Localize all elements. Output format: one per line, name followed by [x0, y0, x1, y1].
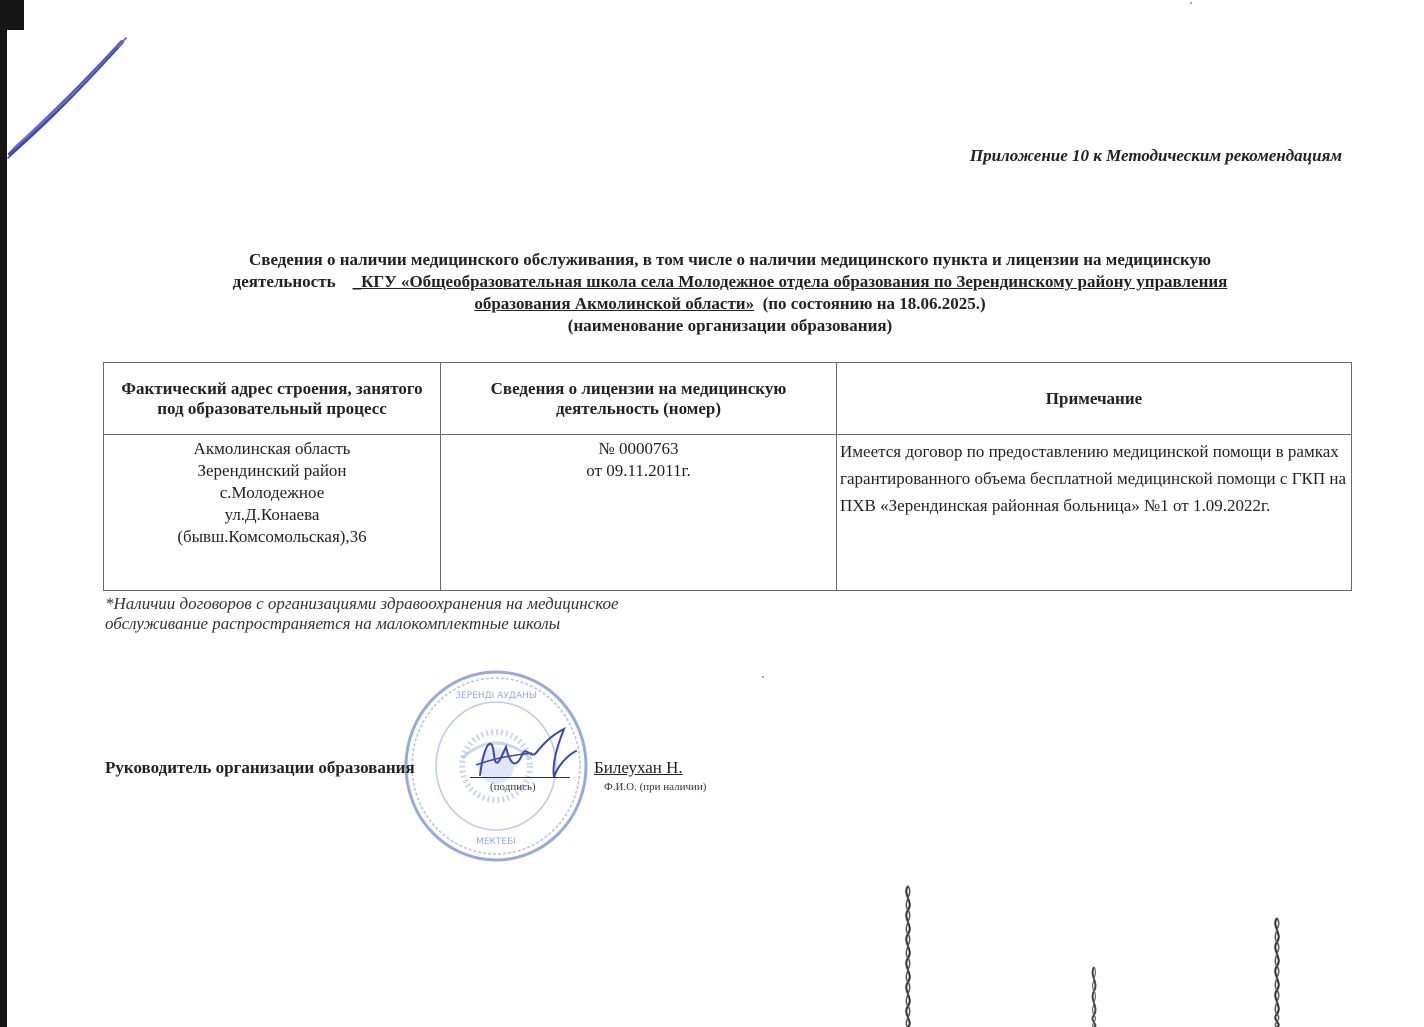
- footnote-line-2: обслуживание распространяется на малоком…: [105, 614, 619, 634]
- address-line: Зерендинский район: [105, 460, 439, 482]
- address-line: Акмолинская область: [105, 438, 439, 460]
- address-line: ул.Д.Конаева: [105, 504, 439, 526]
- cell-note: Имеется договор по предоставлению медици…: [837, 435, 1352, 591]
- head-of-organization-label: Руководитель организации образования: [105, 758, 415, 778]
- title-prefix: деятельность: [233, 272, 336, 291]
- binding-mark-icon: [898, 884, 918, 1027]
- header-license: Сведения о лицензии на медицинскую деяте…: [441, 363, 837, 435]
- title-caption: (наименование организации образования): [100, 315, 1360, 337]
- binding-mark-icon: [1268, 916, 1286, 1027]
- header-note: Примечание: [837, 363, 1352, 435]
- appendix-label: Приложение 10 к Методическим рекомендаци…: [970, 146, 1342, 166]
- name-caption: Ф.И.О. (при наличии): [604, 781, 706, 793]
- address-line: с.Молодежное: [105, 482, 439, 504]
- title-line-2: деятельность _КГУ «Общеобразовательная ш…: [100, 271, 1360, 293]
- scan-speck: [1190, 2, 1192, 4]
- document-title: Сведения о наличии медицинского обслужив…: [100, 249, 1360, 337]
- scan-speck: [762, 676, 764, 678]
- footnote: *Наличии договоров с организациями здрав…: [105, 594, 619, 634]
- table-header-row: Фактический адрес строения, занятого под…: [104, 363, 1352, 435]
- title-line-3: образования Акмолинской области» (по сос…: [100, 293, 1360, 315]
- scan-edge-corner: [0, 0, 24, 30]
- address-line: (бывш.Комсомольская),36: [105, 526, 439, 548]
- as-of-date: (по состоянию на 18.06.2025.): [763, 294, 986, 313]
- table-row: Акмолинская область Зерендинский район с…: [104, 435, 1352, 591]
- signature-caption: (подпись): [490, 781, 536, 793]
- title-line-1: Сведения о наличии медицинского обслужив…: [100, 249, 1360, 271]
- pen-mark-icon: [4, 30, 134, 160]
- header-address: Фактический адрес строения, занятого под…: [104, 363, 441, 435]
- organization-name-part2: образования Акмолинской области»: [474, 294, 754, 313]
- signature-line: [470, 777, 570, 778]
- medical-service-table: Фактический адрес строения, занятого под…: [103, 362, 1352, 591]
- signature-icon: [472, 725, 582, 785]
- organization-name-part1: _КГУ «Общеобразовательная школа села Мол…: [353, 272, 1228, 291]
- license-date: от 09.11.2011г.: [442, 460, 835, 482]
- svg-text:ЗЕРЕНДІ АУДАНЫ: ЗЕРЕНДІ АУДАНЫ: [455, 691, 536, 701]
- footnote-line-1: *Наличии договоров с организациями здрав…: [105, 594, 619, 614]
- cell-address: Акмолинская область Зерендинский район с…: [104, 435, 441, 591]
- svg-text:МЕКТЕБІ: МЕКТЕБІ: [476, 837, 516, 847]
- head-name: Билеухан Н.: [594, 758, 683, 778]
- license-number: № 0000763: [442, 438, 835, 460]
- cell-license: № 0000763 от 09.11.2011г.: [441, 435, 837, 591]
- binding-mark-icon: [1086, 965, 1102, 1027]
